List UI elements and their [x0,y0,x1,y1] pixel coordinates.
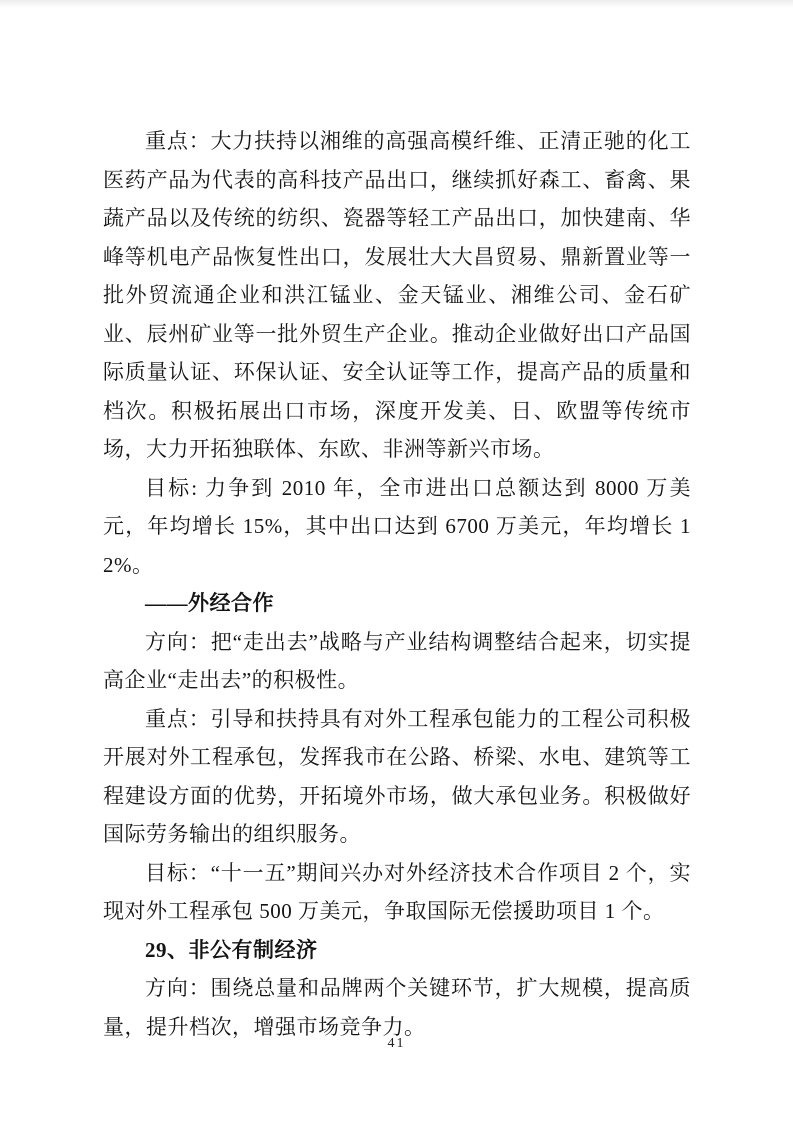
page-number: 41 [0,1036,793,1052]
section-heading-non-public-economy: 29、非公有制经济 [103,931,691,970]
paragraph-key-points-foreign-trade: 重点：大力扶持以湘维的高强高模纤维、正清正驰的化工医药产品为代表的高科技产品出口… [103,122,691,469]
document-body: 重点：大力扶持以湘维的高强高模纤维、正清正驰的化工医药产品为代表的高科技产品出口… [103,122,691,1046]
paragraph-direction-non-public-economy: 方向：围绕总量和品牌两个关键环节，扩大规模，提高质量，提升档次，增强市场竞争力。 [103,969,691,1046]
document-page: 重点：大力扶持以湘维的高强高模纤维、正清正驰的化工医药产品为代表的高科技产品出口… [0,0,793,1122]
paragraph-key-points-engineering-contracting: 重点：引导和扶持具有对外工程承包能力的工程公司积极开展对外工程承包，发挥我市在公… [103,700,691,854]
paragraph-direction-going-global: 方向：把“走出去”战略与产业结构调整结合起来，切实提高企业“走出去”的积极性。 [103,623,691,700]
section-heading-foreign-economic-cooperation: ——外经合作 [103,584,691,623]
paragraph-goal-cooperation-projects: 目标：“十一五”期间兴办对外经济技术合作项目 2 个，实现对外工程承包 500 … [103,854,691,931]
paragraph-goal-foreign-trade: 目标: 力争到 2010 年，全市进出口总额达到 8000 万美元，年均增长 1… [103,469,691,585]
